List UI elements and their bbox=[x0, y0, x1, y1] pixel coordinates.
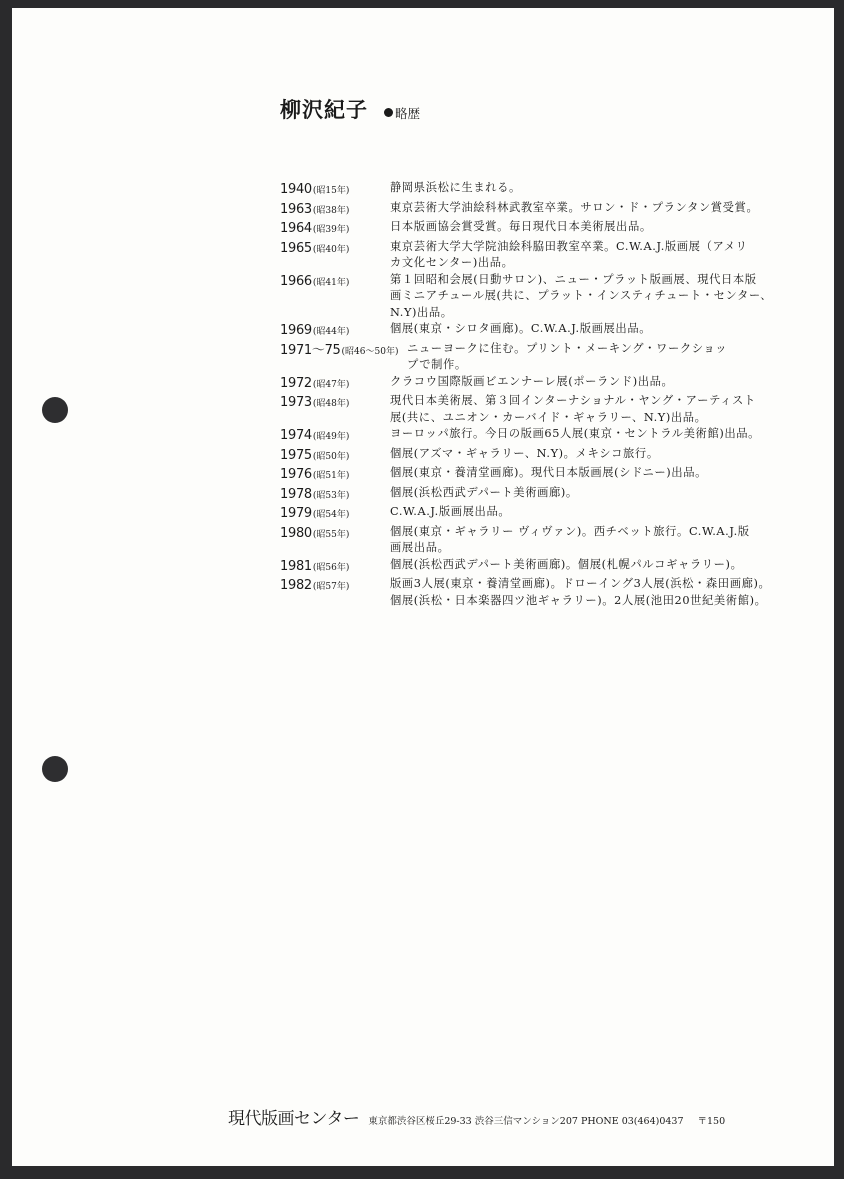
year-western: 1973 bbox=[280, 395, 312, 410]
biography-entry: 1974(昭49年)ヨーロッパ旅行。今日の版画65人展(東京・セントラル美術館)… bbox=[280, 426, 780, 446]
entry-year: 1982(昭57年) bbox=[280, 576, 390, 609]
entry-year: 1963(昭38年) bbox=[280, 200, 390, 220]
entry-text: 東京芸術大学油絵科林武教室卒業。サロン・ド・プランタン賞受賞。 bbox=[390, 200, 780, 220]
entry-text: C.W.A.J.版画展出品。 bbox=[390, 504, 780, 524]
year-era: (昭15年) bbox=[313, 186, 349, 196]
biography-list: 1940(昭15年)静岡県浜松に生まれる。1963(昭38年)東京芸術大学油絵科… bbox=[280, 180, 780, 609]
biography-entry: 1966(昭41年)第１回昭和会展(日動サロン)、ニュー・プラット版画展、現代日… bbox=[280, 272, 780, 322]
biography-entry: 1978(昭53年)個展(浜松西武デパート美術画廊)。 bbox=[280, 485, 780, 505]
entry-year: 1975(昭50年) bbox=[280, 446, 390, 466]
year-era: (昭56年) bbox=[313, 563, 349, 573]
year-western: 1980 bbox=[280, 526, 312, 541]
year-era: (昭46～50年) bbox=[342, 347, 399, 357]
year-western: 1975 bbox=[280, 448, 312, 463]
biography-entry: 1975(昭50年)個展(アズマ・ギャラリー、N.Y)。メキシコ旅行。 bbox=[280, 446, 780, 466]
year-era: (昭49年) bbox=[313, 432, 349, 442]
entry-text: クラコウ国際版画ビエンナーレ展(ポーランド)出品。 bbox=[390, 374, 780, 394]
year-western: 1963 bbox=[280, 202, 312, 217]
entry-text: 版画3人展(東京・養清堂画廊)。ドローイング3人展(浜松・森田画廊)。 個展(浜… bbox=[390, 576, 780, 609]
postal-code: 〒150 bbox=[698, 1113, 726, 1127]
year-era: (昭55年) bbox=[313, 530, 349, 540]
year-era: (昭54年) bbox=[313, 510, 349, 520]
year-era: (昭40年) bbox=[313, 245, 349, 255]
entry-text: 現代日本美術展、第３回インターナショナル・ヤング・アーティスト 展(共に、ユニオ… bbox=[390, 393, 780, 426]
year-era: (昭39年) bbox=[313, 225, 349, 235]
page-header: 柳沢紀子 略歴 bbox=[280, 94, 420, 124]
artist-name: 柳沢紀子 bbox=[280, 94, 368, 124]
bullet-icon bbox=[384, 108, 393, 117]
year-era: (昭57年) bbox=[313, 582, 349, 592]
publisher-logo: 現代版画センター bbox=[228, 1104, 359, 1129]
year-western: 1972 bbox=[280, 376, 312, 391]
biography-entry: 1965(昭40年)東京芸術大学大学院油絵科脇田教室卒業。C.W.A.J.版画展… bbox=[280, 239, 780, 272]
entry-text: 個展(アズマ・ギャラリー、N.Y)。メキシコ旅行。 bbox=[390, 446, 780, 466]
punch-hole-top bbox=[42, 397, 68, 423]
biography-entry: 1972(昭47年)クラコウ国際版画ビエンナーレ展(ポーランド)出品。 bbox=[280, 374, 780, 394]
entry-text: 個展(東京・ギャラリー ヴィヴァン)。西チベット旅行。C.W.A.J.版 画展出… bbox=[390, 524, 780, 557]
entry-text: 東京芸術大学大学院油絵科脇田教室卒業。C.W.A.J.版画展（アメリ カ文化セン… bbox=[390, 239, 780, 272]
biography-entry: 1980(昭55年)個展(東京・ギャラリー ヴィヴァン)。西チベット旅行。C.W… bbox=[280, 524, 780, 557]
entry-year: 1940(昭15年) bbox=[280, 180, 390, 200]
entry-text: 第１回昭和会展(日動サロン)、ニュー・プラット版画展、現代日本版 画ミニアチュー… bbox=[390, 272, 780, 322]
section-label-text: 略歴 bbox=[395, 104, 420, 122]
entry-year: 1976(昭51年) bbox=[280, 465, 390, 485]
year-western: 1979 bbox=[280, 506, 312, 521]
entry-text: 個展(東京・シロタ画廊)。C.W.A.J.版画展出品。 bbox=[390, 321, 780, 341]
biography-entry: 1971～75(昭46～50年)ニューヨークに住む。プリント・メーキング・ワーク… bbox=[280, 341, 780, 374]
entry-year: 1965(昭40年) bbox=[280, 239, 390, 272]
entry-year: 1981(昭56年) bbox=[280, 557, 390, 577]
biography-entry: 1964(昭39年)日本版画協会賞受賞。毎日現代日本美術展出品。 bbox=[280, 219, 780, 239]
entry-year: 1979(昭54年) bbox=[280, 504, 390, 524]
entry-text: 個展(浜松西武デパート美術画廊)。個展(札幌パルコギャラリー)。 bbox=[390, 557, 780, 577]
entry-text: 個展(浜松西武デパート美術画廊)。 bbox=[390, 485, 780, 505]
year-western: 1978 bbox=[280, 487, 312, 502]
year-western: 1982 bbox=[280, 578, 312, 593]
entry-year: 1972(昭47年) bbox=[280, 374, 390, 394]
biography-entry: 1940(昭15年)静岡県浜松に生まれる。 bbox=[280, 180, 780, 200]
entry-year: 1980(昭55年) bbox=[280, 524, 390, 557]
biography-entry: 1976(昭51年)個展(東京・養清堂画廊)。現代日本版画展(シドニー)出品。 bbox=[280, 465, 780, 485]
entry-year: 1964(昭39年) bbox=[280, 219, 390, 239]
year-western: 1974 bbox=[280, 428, 312, 443]
section-label: 略歴 bbox=[384, 104, 420, 122]
punch-hole-bottom bbox=[42, 756, 68, 782]
year-era: (昭51年) bbox=[313, 471, 349, 481]
biography-entry: 1982(昭57年)版画3人展(東京・養清堂画廊)。ドローイング3人展(浜松・森… bbox=[280, 576, 780, 609]
year-western: 1966 bbox=[280, 274, 312, 289]
year-western: 1965 bbox=[280, 241, 312, 256]
year-era: (昭41年) bbox=[313, 278, 349, 288]
year-era: (昭38年) bbox=[313, 206, 349, 216]
biography-entry: 1963(昭38年)東京芸術大学油絵科林武教室卒業。サロン・ド・プランタン賞受賞… bbox=[280, 200, 780, 220]
biography-entry: 1979(昭54年)C.W.A.J.版画展出品。 bbox=[280, 504, 780, 524]
year-western: 1981 bbox=[280, 559, 312, 574]
entry-year: 1978(昭53年) bbox=[280, 485, 390, 505]
year-era: (昭47年) bbox=[313, 380, 349, 390]
document-page: 柳沢紀子 略歴 1940(昭15年)静岡県浜松に生まれる。1963(昭38年)東… bbox=[12, 8, 834, 1166]
biography-entry: 1973(昭48年)現代日本美術展、第３回インターナショナル・ヤング・アーティス… bbox=[280, 393, 780, 426]
entry-text: 日本版画協会賞受賞。毎日現代日本美術展出品。 bbox=[390, 219, 780, 239]
entry-year: 1973(昭48年) bbox=[280, 393, 390, 426]
entry-year: 1971～75(昭46～50年) bbox=[280, 341, 407, 374]
year-western: 1940 bbox=[280, 182, 312, 197]
entry-text: 個展(東京・養清堂画廊)。現代日本版画展(シドニー)出品。 bbox=[390, 465, 780, 485]
footer: 現代版画センター 東京都渋谷区桜丘29-33 渋谷三信マンション207 PHON… bbox=[228, 1104, 725, 1129]
entry-text: ヨーロッパ旅行。今日の版画65人展(東京・セントラル美術館)出品。 bbox=[390, 426, 780, 446]
year-era: (昭48年) bbox=[313, 399, 349, 409]
year-western: 1964 bbox=[280, 221, 312, 236]
entry-year: 1966(昭41年) bbox=[280, 272, 390, 322]
entry-text: ニューヨークに住む。プリント・メーキング・ワークショッ プで制作。 bbox=[407, 341, 780, 374]
entry-year: 1974(昭49年) bbox=[280, 426, 390, 446]
biography-entry: 1981(昭56年)個展(浜松西武デパート美術画廊)。個展(札幌パルコギャラリー… bbox=[280, 557, 780, 577]
year-western: 1976 bbox=[280, 467, 312, 482]
publisher-address: 東京都渋谷区桜丘29-33 渋谷三信マンション207 PHONE 03(464)… bbox=[368, 1113, 683, 1127]
entry-year: 1969(昭44年) bbox=[280, 321, 390, 341]
year-era: (昭44年) bbox=[313, 327, 349, 337]
year-era: (昭53年) bbox=[313, 491, 349, 501]
entry-text: 静岡県浜松に生まれる。 bbox=[390, 180, 780, 200]
year-western: 1971～75 bbox=[280, 343, 341, 358]
year-era: (昭50年) bbox=[313, 452, 349, 462]
biography-entry: 1969(昭44年)個展(東京・シロタ画廊)。C.W.A.J.版画展出品。 bbox=[280, 321, 780, 341]
year-western: 1969 bbox=[280, 323, 312, 338]
